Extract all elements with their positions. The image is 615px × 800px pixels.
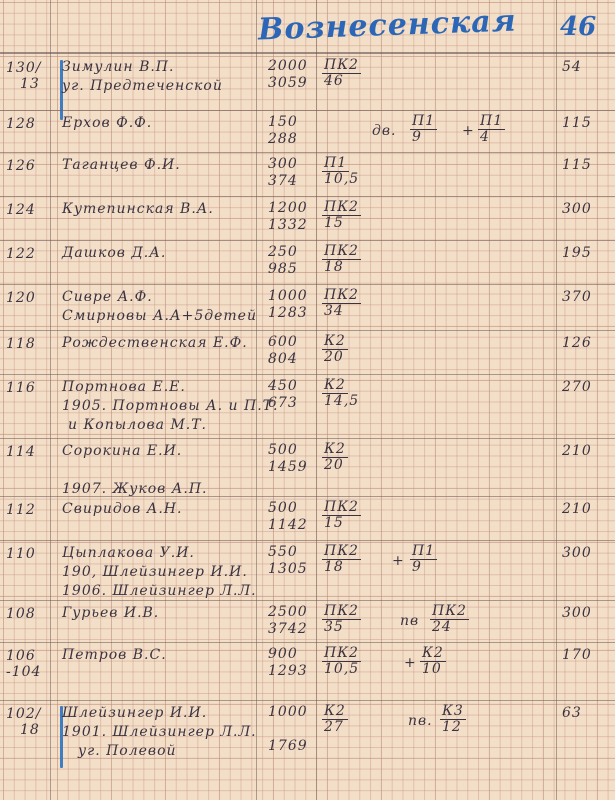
value: 500 xyxy=(268,500,316,517)
value: 1769 xyxy=(268,738,316,755)
code-denominator: 18 xyxy=(322,260,346,275)
right-value: 300 xyxy=(562,604,610,623)
code-fraction: П110,5 xyxy=(322,156,361,187)
owner-names: Сивре А.Ф.Смирновы А.А+5детей xyxy=(62,288,257,326)
owner-name-line: 1905. Портновы А. и П.Т. xyxy=(62,397,278,416)
value: 500 xyxy=(268,442,316,459)
code-numerator: П1 xyxy=(410,544,437,560)
ledger-page: Вознесенская 46 130/13Зимулин В.П.уг. Пр… xyxy=(0,0,615,800)
row-rule xyxy=(0,284,615,285)
row-rule xyxy=(0,152,615,153)
value: 1305 xyxy=(268,561,316,578)
row-rule xyxy=(0,600,615,601)
ledger-row: 124Кутепинская В.А.12001332ПК215300 xyxy=(0,196,615,240)
owner-name-line: Смирновы А.А+5детей xyxy=(62,307,257,326)
value: 250 xyxy=(268,244,316,261)
owner-names: Дашков Д.А. xyxy=(62,244,166,263)
right-value: 54 xyxy=(562,58,610,77)
owner-names: Портнова Е.Е.1905. Портновы А. и П.Т.и К… xyxy=(62,378,278,435)
owner-name-line: Портнова Е.Е. xyxy=(62,378,278,397)
owner-name-line: уг. Полевой xyxy=(62,742,257,761)
value: 1000 xyxy=(268,704,316,721)
ledger-row: 114Сорокина Е.И. 1907. Жуков А.П.5001459… xyxy=(0,438,615,496)
code-denominator: 12 xyxy=(440,720,464,735)
owner-names: Шлейзингер И.И.1901. Шлейзингер Л.Л.уг. … xyxy=(62,704,257,761)
house-number: 106-104 xyxy=(6,648,50,680)
right-value: 210 xyxy=(562,442,610,461)
code-denominator: 27 xyxy=(322,720,346,735)
owner-name-line: Таганцев Ф.И. xyxy=(62,156,181,175)
right-value: 170 xyxy=(562,646,610,665)
value-pair: 5501305 xyxy=(268,544,316,578)
code-denominator: 9 xyxy=(410,560,424,575)
owner-names: Свиридов А.Н. xyxy=(62,500,182,519)
code-fraction: П19 xyxy=(410,114,437,145)
owner-names: Сорокина Е.И. 1907. Жуков А.П. xyxy=(62,442,207,499)
code-denominator: 10,5 xyxy=(322,172,361,187)
owner-names: Ерхов Ф.Ф. xyxy=(62,114,152,133)
house-number: 110 xyxy=(6,546,50,562)
owner-name-line: и Копылова М.Т. xyxy=(62,416,278,435)
ledger-row: 112Свиридов А.Н.5001142ПК215210 xyxy=(0,496,615,540)
value: 1332 xyxy=(268,217,316,234)
value: 1293 xyxy=(268,663,316,680)
owner-name-line xyxy=(62,461,207,480)
code-numerator: К2 xyxy=(322,704,348,720)
right-value: 300 xyxy=(562,200,610,219)
owner-name-line: 1901. Шлейзингер Л.Л. xyxy=(62,723,257,742)
ledger-row: 120Сивре А.Ф.Смирновы А.А+5детей10001283… xyxy=(0,284,615,330)
code-fraction: ПК235 xyxy=(322,604,361,635)
code-denominator: 24 xyxy=(430,620,454,635)
value-pair: 5001459 xyxy=(268,442,316,476)
right-value: 63 xyxy=(562,704,610,723)
code-denominator: 20 xyxy=(322,350,346,365)
value: 1000 xyxy=(268,288,316,305)
code-fraction: ПК210,5 xyxy=(322,646,361,677)
code-fraction: К227 xyxy=(322,704,348,735)
ledger-row: 130/13Зимулин В.П.уг. Предтеченской20003… xyxy=(0,54,615,110)
right-value: 195 xyxy=(562,244,610,263)
code-numerator: К2 xyxy=(420,646,446,662)
owner-name-line: уг. Предтеченской xyxy=(62,77,223,96)
value-pair: 9001293 xyxy=(268,646,316,680)
value: 1142 xyxy=(268,517,316,534)
code-fraction: ПК218 xyxy=(322,244,361,275)
code-fraction: К220 xyxy=(322,442,348,473)
code-fraction: К210 xyxy=(420,646,446,677)
value: 374 xyxy=(268,173,316,190)
owner-name-line: Сорокина Е.И. xyxy=(62,442,207,461)
code-denominator: 4 xyxy=(478,130,492,145)
code-numerator: ПК2 xyxy=(322,500,361,516)
row-rule xyxy=(0,330,615,331)
right-value: 115 xyxy=(562,114,610,133)
owner-name-line: Зимулин В.П. xyxy=(62,58,223,77)
code-numerator: К2 xyxy=(322,378,348,394)
value-pair: 300374 xyxy=(268,156,316,190)
ledger-row: 122Дашков Д.А.250985ПК218195 xyxy=(0,240,615,284)
owner-names: Рождественская Е.Ф. xyxy=(62,334,248,353)
owner-names: Таганцев Ф.И. xyxy=(62,156,181,175)
house-number: 108 xyxy=(6,606,50,622)
value-pair: 20003059 xyxy=(268,58,316,92)
code-fraction: К214,5 xyxy=(322,378,361,409)
value: 300 xyxy=(268,156,316,173)
row-rule xyxy=(0,700,615,701)
header-rule xyxy=(0,52,615,54)
street-heading: Вознесенская xyxy=(257,3,517,47)
house-number: 130/13 xyxy=(6,60,50,92)
value-pair: 150288 xyxy=(268,114,316,148)
code-denominator: 15 xyxy=(322,216,346,231)
value: 985 xyxy=(268,261,316,278)
code-numerator: ПК2 xyxy=(322,544,361,560)
code-numerator: П1 xyxy=(478,114,505,130)
row-rule xyxy=(0,438,615,439)
value: 150 xyxy=(268,114,316,131)
ledger-row: 110Цыплакова У.И.190, Шлейзингер И.И.190… xyxy=(0,540,615,600)
code-denominator: 10,5 xyxy=(322,662,361,677)
code-fraction: ПК215 xyxy=(322,500,361,531)
code-prefix: + xyxy=(404,654,417,673)
code-numerator: ПК2 xyxy=(322,288,361,304)
row-rule xyxy=(0,240,615,241)
ledger-row: 128Ерхов Ф.Ф.150288дв.П19+П14115 xyxy=(0,110,615,152)
code-numerator: ПК2 xyxy=(430,604,469,620)
owner-names: Гурьев И.В. xyxy=(62,604,159,623)
value: 673 xyxy=(268,395,316,412)
value: 550 xyxy=(268,544,316,561)
owner-name-line: Сивре А.Ф. xyxy=(62,288,257,307)
ledger-row: 126Таганцев Ф.И.300374П110,5115 xyxy=(0,152,615,196)
owner-names: Петров В.С. xyxy=(62,646,167,665)
code-fraction: ПК218 xyxy=(322,544,361,575)
code-numerator: К3 xyxy=(440,704,466,720)
right-value: 270 xyxy=(562,378,610,397)
house-number: 112 xyxy=(6,502,50,518)
owner-names: Кутепинская В.А. xyxy=(62,200,214,219)
value-pair: 250985 xyxy=(268,244,316,278)
code-denominator: 18 xyxy=(322,560,346,575)
right-value: 210 xyxy=(562,500,610,519)
value-pair: 10001283 xyxy=(268,288,316,322)
code-denominator: 20 xyxy=(322,458,346,473)
house-number: 128 xyxy=(6,116,50,132)
code-prefix: дв. xyxy=(372,122,396,141)
house-number: 122 xyxy=(6,246,50,262)
code-numerator: ПК2 xyxy=(322,58,361,74)
value-pair: 600804 xyxy=(268,334,316,368)
code-numerator: ПК2 xyxy=(322,244,361,260)
value: 1459 xyxy=(268,459,316,476)
owner-name-line: Свиридов А.Н. xyxy=(62,500,182,519)
owner-name-line: 190, Шлейзингер И.И. xyxy=(62,563,257,582)
value: 600 xyxy=(268,334,316,351)
right-value: 115 xyxy=(562,156,610,175)
house-number: 102/18 xyxy=(6,706,50,738)
code-fraction: ПК215 xyxy=(322,200,361,231)
house-number: 120 xyxy=(6,290,50,306)
code-numerator: ПК2 xyxy=(322,646,361,662)
code-fraction: П19 xyxy=(410,544,437,575)
row-rule xyxy=(0,496,615,497)
code-fraction: ПК224 xyxy=(430,604,469,635)
code-prefix: пв xyxy=(400,612,419,631)
value: 804 xyxy=(268,351,316,368)
owner-name-line: Ерхов Ф.Ф. xyxy=(62,114,152,133)
owner-name-line: Цыплакова У.И. xyxy=(62,544,257,563)
house-number: 116 xyxy=(6,380,50,396)
code-prefix: + xyxy=(392,552,405,571)
row-rule xyxy=(0,642,615,643)
value xyxy=(268,721,316,738)
code-prefix: пв. xyxy=(408,712,433,731)
code-fraction: К220 xyxy=(322,334,348,365)
value-pair: 1000 1769 xyxy=(268,704,316,755)
value: 1283 xyxy=(268,305,316,322)
right-value: 370 xyxy=(562,288,610,307)
code-numerator: К2 xyxy=(322,334,348,350)
house-number: 124 xyxy=(6,202,50,218)
ledger-row: 106-104Петров В.С.9001293ПК210,5+К210170 xyxy=(0,642,615,700)
code-denominator: 35 xyxy=(322,620,346,635)
owner-names: Зимулин В.П.уг. Предтеченской xyxy=(62,58,223,96)
row-rule xyxy=(0,110,615,111)
code-numerator: П1 xyxy=(322,156,349,172)
value-pair: 12001332 xyxy=(268,200,316,234)
owner-name-line: Гурьев И.В. xyxy=(62,604,159,623)
code-prefix: + xyxy=(462,122,475,141)
row-rule xyxy=(0,196,615,197)
owner-name-line: Шлейзингер И.И. xyxy=(62,704,257,723)
code-fraction: К312 xyxy=(440,704,466,735)
row-rule xyxy=(0,374,615,375)
code-numerator: ПК2 xyxy=(322,200,361,216)
value: 2500 xyxy=(268,604,316,621)
value: 900 xyxy=(268,646,316,663)
owner-name-line: Кутепинская В.А. xyxy=(62,200,214,219)
value: 1200 xyxy=(268,200,316,217)
value: 450 xyxy=(268,378,316,395)
ledger-row: 116Портнова Е.Е.1905. Портновы А. и П.Т.… xyxy=(0,374,615,438)
code-denominator: 15 xyxy=(322,516,346,531)
code-fraction: ПК246 xyxy=(322,58,361,89)
row-rule xyxy=(0,540,615,541)
value: 288 xyxy=(268,131,316,148)
code-denominator: 9 xyxy=(410,130,424,145)
code-denominator: 14,5 xyxy=(322,394,361,409)
owner-name-line: Дашков Д.А. xyxy=(62,244,166,263)
right-value: 126 xyxy=(562,334,610,353)
value: 2000 xyxy=(268,58,316,75)
code-numerator: П1 xyxy=(410,114,437,130)
value-pair: 5001142 xyxy=(268,500,316,534)
house-number: 118 xyxy=(6,336,50,352)
code-denominator: 34 xyxy=(322,304,346,319)
code-numerator: ПК2 xyxy=(322,604,361,620)
owner-name-line: Рождественская Е.Ф. xyxy=(62,334,248,353)
right-value: 300 xyxy=(562,544,610,563)
ledger-row: 108Гурьев И.В.25003742ПК235пвПК224300 xyxy=(0,600,615,642)
value: 3742 xyxy=(268,621,316,638)
code-fraction: П14 xyxy=(478,114,505,145)
house-number: 126 xyxy=(6,158,50,174)
owner-name-line: 1906. Шлейзингер Л.Л. xyxy=(62,582,257,601)
owner-names: Цыплакова У.И.190, Шлейзингер И.И.1906. … xyxy=(62,544,257,601)
value-pair: 450673 xyxy=(268,378,316,412)
page-number: 46 xyxy=(560,12,596,42)
code-denominator: 46 xyxy=(322,74,346,89)
ledger-row: 102/18Шлейзингер И.И.1901. Шлейзингер Л.… xyxy=(0,700,615,800)
value-pair: 25003742 xyxy=(268,604,316,638)
owner-name-line: Петров В.С. xyxy=(62,646,167,665)
value: 3059 xyxy=(268,75,316,92)
house-number: 114 xyxy=(6,444,50,460)
code-denominator: 10 xyxy=(420,662,444,677)
ledger-row: 118Рождественская Е.Ф.600804К220126 xyxy=(0,330,615,374)
code-fraction: ПК234 xyxy=(322,288,361,319)
code-numerator: К2 xyxy=(322,442,348,458)
